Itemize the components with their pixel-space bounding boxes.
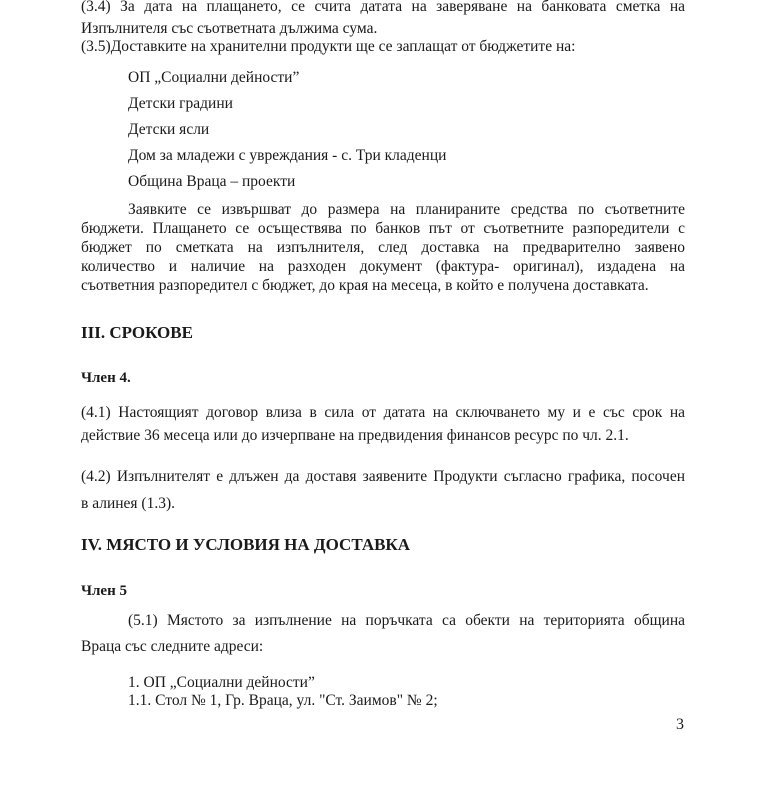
budget-item: Детски ясли (128, 120, 732, 139)
section-heading-terms: III. СРОКОВЕ (81, 323, 685, 342)
page-number: 3 (676, 716, 684, 734)
para-3-4-line1: (3.4) За дата на плащането, се счита дат… (81, 0, 685, 16)
requests-para-line: количество и наличие на разходен докумен… (81, 257, 685, 276)
para-4-1-line2: действие 36 месеца или до изчерпване на … (81, 426, 685, 445)
para-3-4-line2: Изпълнителя със съответната дължима сума… (81, 19, 685, 38)
budget-item: Община Враца – проекти (128, 172, 732, 191)
para-4-2-line2: в алинея (1.3). (81, 494, 685, 513)
member-4-heading: Член 4. (81, 369, 685, 388)
requests-para-line: съответния разпоредител с бюджет, до кра… (81, 276, 685, 295)
para-4-2-line1: (4.2) Изпълнителят е длъжен да доставя з… (81, 467, 685, 486)
address-item: 1. ОП „Социални дейности” (128, 673, 732, 692)
para-5-1-line2: Враца със следните адреси: (81, 637, 685, 656)
para-4-1-line1: (4.1) Настоящият договор влиза в сила от… (81, 403, 685, 422)
budget-item: Дом за младежи с увреждания - с. Три кла… (128, 146, 732, 165)
budget-item: Детски градини (128, 94, 732, 113)
requests-para-line: бюджети. Плащането се осъществява по бан… (81, 219, 685, 238)
address-item: 1.1. Стол № 1, Гр. Враца, ул. "Ст. Заимо… (128, 691, 732, 710)
para-5-1-line1: (5.1) Мястото за изпълнение на поръчката… (128, 611, 685, 630)
budget-item: ОП „Социални дейности” (128, 68, 732, 87)
section-heading-delivery: IV. МЯСТО И УСЛОВИЯ НА ДОСТАВКА (81, 535, 685, 554)
requests-para-line: Заявките се извършват до размера на план… (128, 200, 685, 219)
requests-para-line: бюджет по сметката на изпълнителя, след … (81, 238, 685, 257)
member-5-heading: Член 5 (81, 582, 685, 601)
para-3-5: (3.5)Доставките на хранителни продукти щ… (81, 37, 685, 56)
